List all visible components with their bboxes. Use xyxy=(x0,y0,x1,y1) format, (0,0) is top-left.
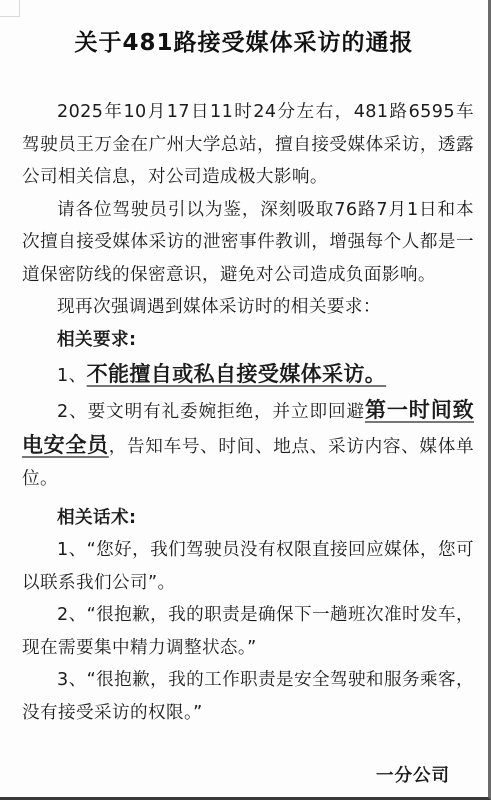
requirement-1-prefix: 1、 xyxy=(57,366,87,386)
paragraph-incident: 2025年10月17日11时24分左右，481路6595车驾驶员王万金在广州大学… xyxy=(22,96,474,194)
paragraph-reiterate: 现再次强调遇到媒体采访时的相关要求： xyxy=(22,291,474,324)
requirement-1-emphasis: 不能擅自或私自接受媒体采访。 xyxy=(87,362,387,386)
requirement-item-2: 2、要文明有礼委婉拒绝，并立即回避第一时间致电安全员，告知车号、时间、地点、采访… xyxy=(22,394,474,496)
document-page: 关于481路接受媒体采访的通报 2025年10月17日11时24分左右，481路… xyxy=(0,0,491,800)
paragraph-warning: 请各位驾驶员引以为鉴，深刻吸取76路7月1日和本次擅自接受媒体采访的泄密事件教训… xyxy=(22,194,474,292)
script-item-2: 2、“很抱歉，我的职责是确保下一趟班次准时发车，现在需要集中精力调整状态。” xyxy=(22,599,474,664)
requirement-2-prefix: 2、要文明有礼委婉拒绝，并立即回避 xyxy=(57,402,365,422)
document-body: 2025年10月17日11时24分左右，481路6595车驾驶员王万金在广州大学… xyxy=(22,96,474,729)
script-item-1: 1、“您好，我们驾驶员没有权限直接回应媒体，您可以联系我们公司”。 xyxy=(22,534,474,599)
page-corner-mark xyxy=(0,0,20,17)
requirements-heading: 相关要求: xyxy=(22,324,474,357)
scripts-heading: 相关话术: xyxy=(22,502,474,535)
document-title: 关于481路接受媒体采访的通报 xyxy=(0,24,488,57)
signature-issuer: 一分公司 xyxy=(376,762,450,787)
requirement-item-1: 1、不能擅自或私自接受媒体采访。 xyxy=(22,356,474,394)
script-item-3: 3、“很抱歉，我的工作职责是安全驾驶和服务乘客，没有接受采访的权限。” xyxy=(22,664,474,729)
